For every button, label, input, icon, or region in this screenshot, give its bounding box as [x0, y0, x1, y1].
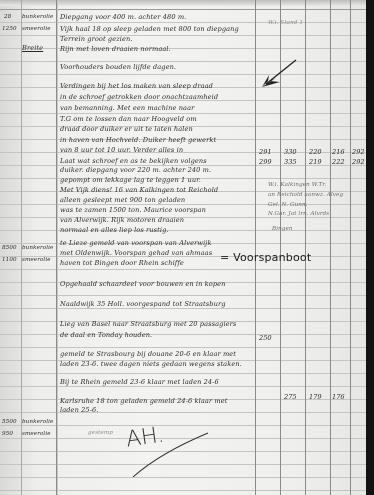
arrow-icon [258, 58, 298, 90]
log-line: van bemanning. Met een machine naar [60, 104, 194, 112]
log-line: laden 25-6. [60, 406, 99, 414]
log-line: Naaldwijk 35 Holl. voorgespand tot Straa… [60, 300, 226, 308]
log-line: Voorhouders bouden lijfde dagen. [60, 63, 176, 71]
quantity-3b: 950 [2, 430, 13, 438]
log-line: Opgehaald schaardeel voor bouwen en in k… [60, 280, 226, 288]
log-line: was te zamen 1500 ton. Maurice voorspan [60, 206, 206, 214]
scan-edge [366, 0, 374, 495]
log-line: Diepgang voor 400 m. achter 480 m. [60, 13, 186, 21]
log-line: laden 23-6. twee dagen niets gedaan wege… [60, 360, 242, 368]
voorspanboot-annotation: = Voorspanboot [220, 251, 311, 264]
log-line: Bij te Rhein gemeld 23-6 klaar met laden… [60, 378, 219, 386]
log-line: Met Vijk diens! 16 van Kalkingen tot Rei… [60, 186, 218, 194]
quantity-1a: 28 [4, 13, 11, 21]
log-line: haven tot Bingen door Rhein schiffe [60, 259, 184, 267]
quantity-3a: 5500 [2, 418, 17, 426]
page-top-shadow [0, 0, 366, 6]
log-line: Vijk haal 18 op sleep geladen met 800 to… [60, 25, 239, 33]
note-breite: Breite [22, 44, 43, 52]
log-line: in haven van Hochveld. Duiker heeft gewe… [60, 136, 216, 144]
faint-note: gestemp [88, 429, 113, 437]
log-line: gemeld te Strasbourg bij douane 20-6 en … [60, 350, 236, 358]
quantity-1b: 1250 [2, 25, 17, 33]
signature-flourish [130, 425, 210, 480]
cargo-3b: smeerolie [22, 430, 51, 438]
figure-250: 250 [259, 334, 272, 342]
log-line: Terrein groot gezien. [60, 35, 133, 43]
log-line: van Alverwijk. Rijk motoren draaien [60, 216, 184, 224]
log-line: Karlsruhe 18 ton geladen gemeld 24-6 kla… [60, 397, 227, 405]
log-line: Rijn met loven draaien normaal. [60, 45, 171, 53]
log-line: Lieg van Basel naar Straatsburg met 20 p… [60, 320, 236, 328]
log-line: in de schroef getrokken door onachtzaamh… [60, 93, 218, 101]
log-line: draad door duiker er uit te laten halen [60, 125, 193, 133]
cargo-1b: smeerolie [22, 25, 51, 33]
log-line: Verdingen bij het los maken van sleep dr… [60, 82, 213, 90]
log-line: te Lieze gemeld van voorspan van Alverwi… [60, 239, 212, 247]
log-line: gepompt om lekkage lag te leggen 1 uur. [60, 176, 201, 184]
cargo-3a: bunkerolie [22, 418, 53, 426]
log-line: met Oldenwijk. Voorspan gehad van ahmaas [60, 249, 212, 257]
quantity-2b: 1100 [2, 256, 17, 264]
stand-note: W.i. Stand 1 [268, 19, 303, 27]
log-line: alleen gesleept met 900 ton geladen [60, 196, 185, 204]
cargo-2a: bunkerolie [22, 244, 53, 252]
log-line: duiker. diepgang voor 220 m. achter 240 … [60, 166, 211, 174]
cargo-2b: smeerolie [22, 256, 51, 264]
log-line: de daal en Tonday houden. [60, 331, 152, 339]
log-line: T.G om te lossen dan naar Hoogveld om [60, 115, 197, 123]
cargo-1a: bunkerolie [22, 13, 53, 21]
log-line: normaal en alles liep los rustig. [60, 226, 169, 234]
log-line: van 8 uur tot 10 uur. Verder alles in [60, 146, 183, 154]
ledger-page: 28 1250 bunkerolie smeerolie Breite 8500… [0, 0, 366, 495]
quantity-2a: 8500 [2, 244, 17, 252]
log-line: Laat wat schroef en as te bekijken volge… [60, 157, 207, 165]
